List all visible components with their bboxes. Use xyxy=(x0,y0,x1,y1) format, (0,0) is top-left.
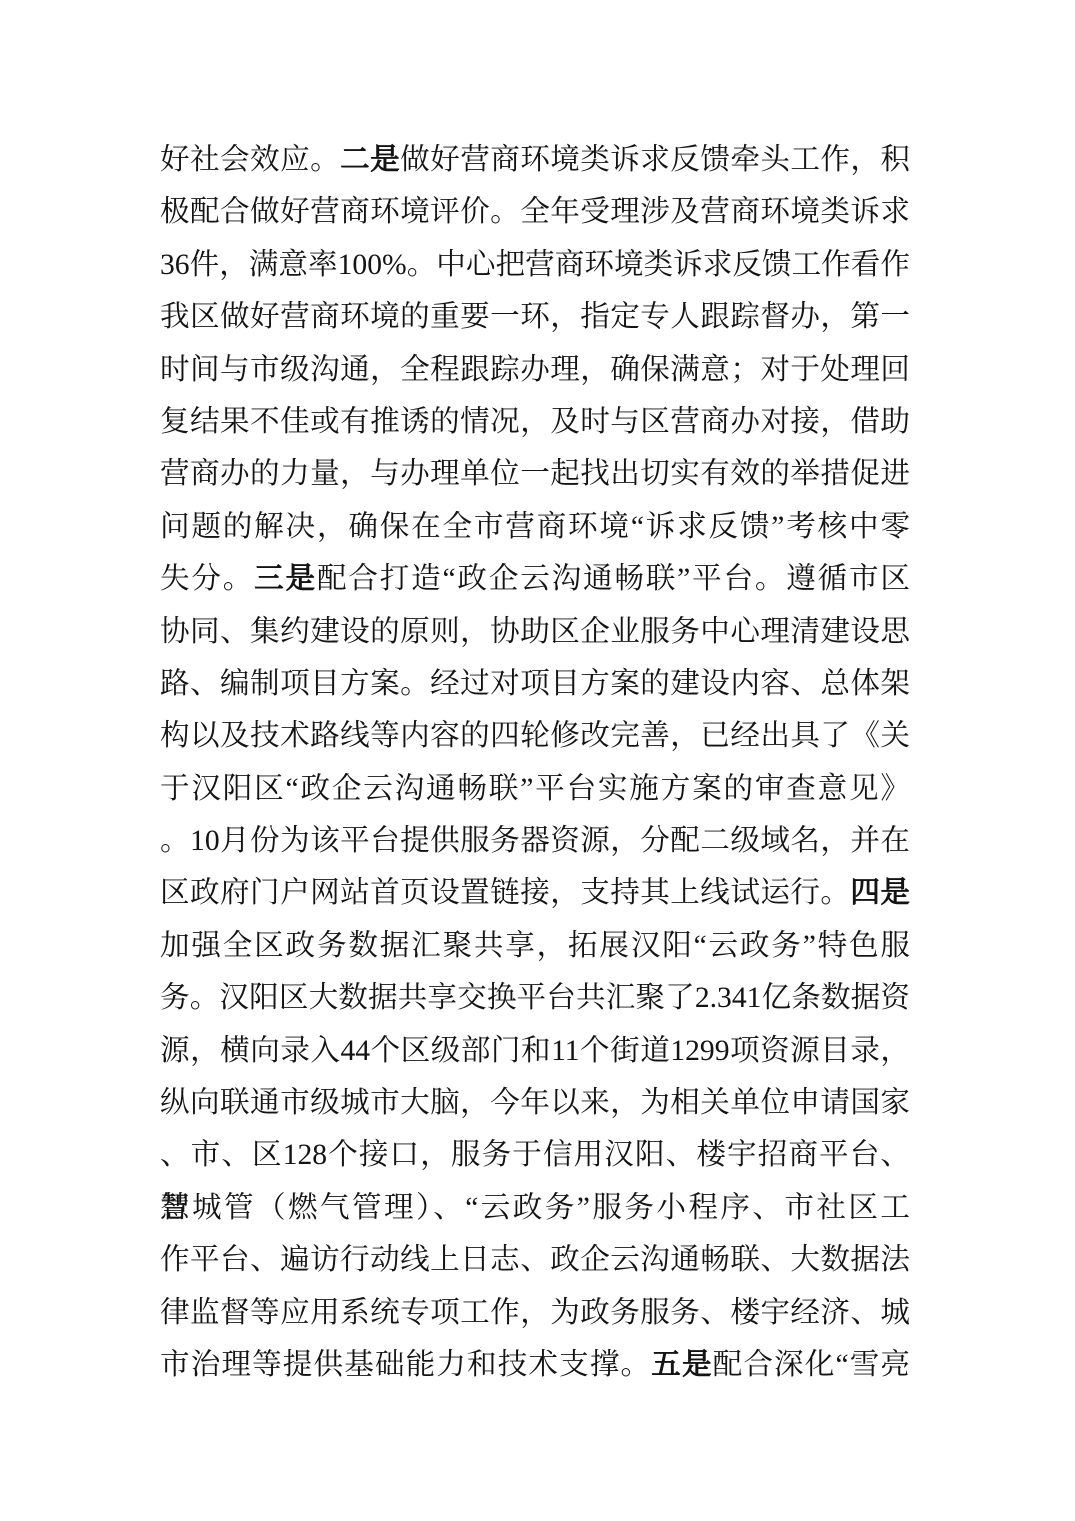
body-text: 市治理等提供基础能力和技术支撑。 xyxy=(160,1349,651,1381)
body-text: 务。汉阳区大数据共享交换平台共汇聚了2.341亿条数据资 xyxy=(160,982,910,1014)
bold-ordinal-marker: 二是 xyxy=(340,143,400,176)
text-line: 律监督等应用系统专项工作，为政务服务、楼宇经济、城 xyxy=(160,1287,910,1339)
body-text: 构以及技术路线等内容的四轮修改完善，已经出具了《关 xyxy=(160,720,910,752)
body-text: 律监督等应用系统专项工作，为政务服务、楼宇经济、城 xyxy=(160,1297,910,1329)
body-text: 源，横向录入44个区级部门和11个街道1299项资源目录， xyxy=(160,1035,910,1067)
text-line: 于汉阳区“政企云沟通畅联”平台实施方案的审查意见》 xyxy=(160,763,910,815)
body-text: 纵向联通市级城市大脑，今年以来，为相关单位申请国家 xyxy=(160,1087,910,1119)
text-line: 路、编制项目方案。经过对项目方案的建设内容、总体架 xyxy=(160,658,910,710)
text-line: 36件，满意率100%。中心把营商环境类诉求反馈工作看作 xyxy=(160,239,910,291)
body-text: 我区做好营商环境的重要一环，指定专人跟踪督办，第一 xyxy=(160,301,910,333)
text-line: 营商办的力量，与办理单位一起找出切实有效的举措促进 xyxy=(160,448,910,500)
body-text: 配合打造“政企云沟通畅联”平台。遵循市区 xyxy=(317,563,910,595)
bold-ordinal-marker: 四是 xyxy=(850,876,910,909)
body-text: 做好营商环境类诉求反馈牵头工作，积 xyxy=(400,144,910,176)
text-line: 源，横向录入44个区级部门和11个街道1299项资源目录， xyxy=(160,1025,910,1077)
text-line: 构以及技术路线等内容的四轮修改完善，已经出具了《关 xyxy=(160,710,910,762)
bold-ordinal-marker: 三是 xyxy=(254,562,317,595)
text-line: 。10月份为该平台提供服务器资源，分配二级域名，并在 xyxy=(160,815,910,867)
body-text: 慧城管（燃气管理）、“云政务”服务小程序、市社区工 xyxy=(160,1192,910,1224)
text-line: 区政府门户网站首页设置链接，支持其上线试运行。四是 xyxy=(160,867,910,919)
text-block: 好社会效应。二是做好营商环境类诉求反馈牵头工作，积极配合做好营商环境评价。全年受… xyxy=(160,134,910,1391)
body-text: 区政府门户网站首页设置链接，支持其上线试运行。 xyxy=(160,877,850,909)
body-text: 好社会效应。 xyxy=(160,144,340,176)
body-text: 。10月份为该平台提供服务器资源，分配二级域名，并在 xyxy=(160,825,910,857)
text-line: 、市、区128个接口，服务于信用汉阳、楼宇招商平台、智 xyxy=(160,1129,910,1181)
text-line: 复结果不佳或有推诱的情况，及时与区营商办对接，借助 xyxy=(160,396,910,448)
text-line: 好社会效应。二是做好营商环境类诉求反馈牵头工作，积 xyxy=(160,134,910,186)
text-line: 加强全区政务数据汇聚共享，拓展汉阳“云政务”特色服 xyxy=(160,920,910,972)
body-text: 作平台、遍访行动线上日志、政企云沟通畅联、大数据法 xyxy=(160,1244,910,1276)
text-line: 纵向联通市级城市大脑，今年以来，为相关单位申请国家 xyxy=(160,1077,910,1129)
text-line: 问题的解决，确保在全市营商环境“诉求反馈”考核中零 xyxy=(160,501,910,553)
body-text: 营商办的力量，与办理单位一起找出切实有效的举措促进 xyxy=(160,458,910,490)
body-text: 失分。 xyxy=(160,563,254,595)
body-text: 36件，满意率100%。中心把营商环境类诉求反馈工作看作 xyxy=(160,249,910,281)
text-line: 作平台、遍访行动线上日志、政企云沟通畅联、大数据法 xyxy=(160,1234,910,1286)
text-line: 慧城管（燃气管理）、“云政务”服务小程序、市社区工 xyxy=(160,1182,910,1234)
body-text: 时间与市级沟通，全程跟踪办理，确保满意；对于处理回 xyxy=(160,354,910,386)
body-text: 极配合做好营商环境评价。全年受理涉及营商环境类诉求 xyxy=(160,196,910,228)
document-page: 好社会效应。二是做好营商环境类诉求反馈牵头工作，积极配合做好营商环境评价。全年受… xyxy=(0,0,1075,1521)
bold-ordinal-marker: 五是 xyxy=(651,1348,712,1381)
text-line: 失分。三是配合打造“政企云沟通畅联”平台。遵循市区 xyxy=(160,553,910,605)
body-text: 问题的解决，确保在全市营商环境“诉求反馈”考核中零 xyxy=(160,511,910,543)
text-line: 务。汉阳区大数据共享交换平台共汇聚了2.341亿条数据资 xyxy=(160,972,910,1024)
body-text: 路、编制项目方案。经过对项目方案的建设内容、总体架 xyxy=(160,668,910,700)
body-text: 协同、集约建设的原则，协助区企业服务中心理清建设思 xyxy=(160,616,910,648)
body-text: 复结果不佳或有推诱的情况，及时与区营商办对接，借助 xyxy=(160,406,910,438)
text-line: 我区做好营商环境的重要一环，指定专人跟踪督办，第一 xyxy=(160,291,910,343)
body-text: 加强全区政务数据汇聚共享，拓展汉阳“云政务”特色服 xyxy=(160,930,910,962)
text-line: 协同、集约建设的原则，协助区企业服务中心理清建设思 xyxy=(160,606,910,658)
text-line: 极配合做好营商环境评价。全年受理涉及营商环境类诉求 xyxy=(160,186,910,238)
text-line: 时间与市级沟通，全程跟踪办理，确保满意；对于处理回 xyxy=(160,344,910,396)
body-text: 配合深化“雪亮 xyxy=(713,1349,910,1381)
body-text: 于汉阳区“政企云沟通畅联”平台实施方案的审查意见》 xyxy=(160,773,910,805)
text-line: 市治理等提供基础能力和技术支撑。五是配合深化“雪亮 xyxy=(160,1339,910,1391)
